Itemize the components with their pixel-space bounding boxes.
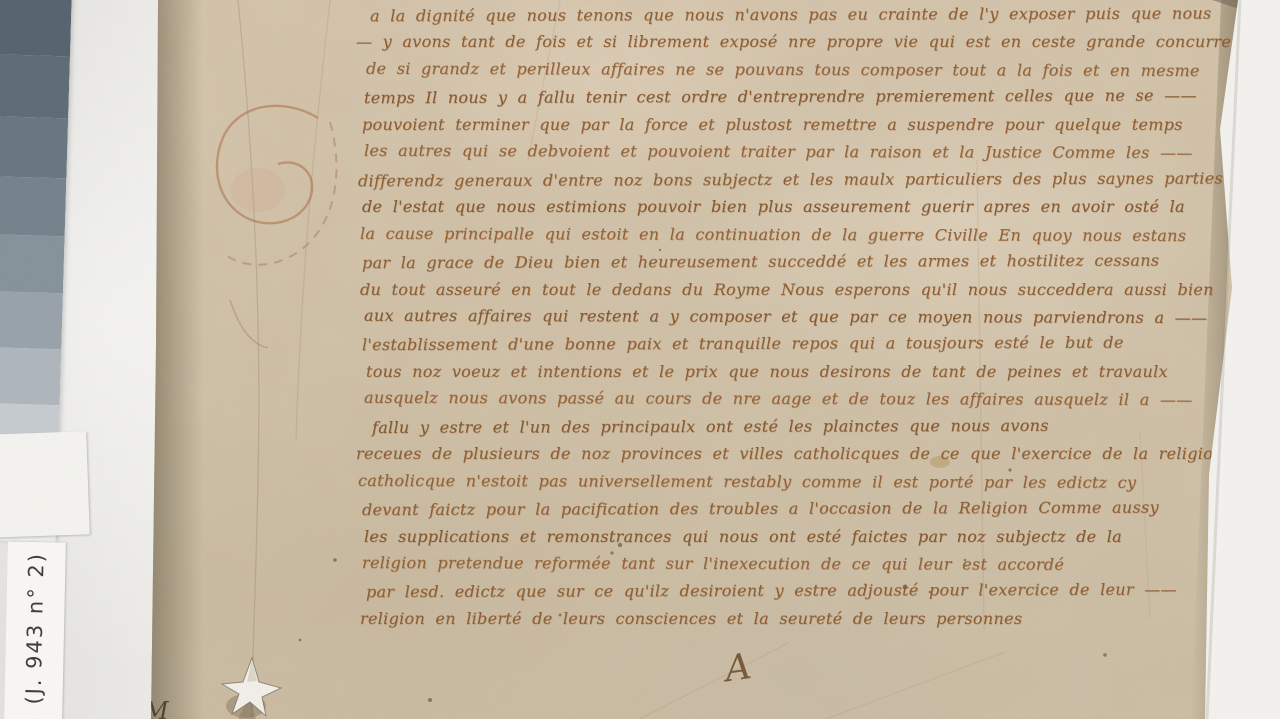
archival-label-text: (J. 943 n° 2) xyxy=(21,551,48,710)
manuscript-line: l'establissement d'une bonne paix et tra… xyxy=(362,332,1124,355)
manuscript-line: les autres qui se debvoient et pouvoient… xyxy=(364,140,1193,163)
parchment: A M a la dignité que nous tenons que nou… xyxy=(0,0,1280,719)
manuscript-line: receues de plusieurs de noz provinces et… xyxy=(356,443,1224,464)
manuscript-text: a la dignité que nous tenons que nous n'… xyxy=(356,4,1234,664)
label-card xyxy=(0,431,90,537)
scale-step xyxy=(0,176,66,236)
manuscript-line: la cause principalle qui estoit en la co… xyxy=(360,223,1186,246)
parchment-left-edge-shadow xyxy=(151,0,203,719)
manuscript-line: ausquelz nous avons passé au cours de nr… xyxy=(364,387,1193,410)
manuscript-line: aux autres affaires qui restent a y comp… xyxy=(364,305,1207,328)
manuscript-line: tous noz voeuz et intentions et le prix … xyxy=(366,361,1168,382)
manuscript-line: religion pretendue reformée tant sur l'i… xyxy=(362,552,1064,575)
manuscript-line: par la grace de Dieu bien et heureusemen… xyxy=(362,250,1159,274)
scale-step xyxy=(0,54,70,118)
manuscript-line: du tout asseuré en tout le dedans du Roy… xyxy=(360,279,1214,300)
scale-step xyxy=(0,347,61,405)
manuscript-line: religion en liberté de leurs consciences… xyxy=(360,608,1022,629)
manuscript-line: differendz generaux d'entre noz bons sub… xyxy=(358,167,1223,191)
manuscript-line: pouvoient terminer que par la force et p… xyxy=(362,114,1183,135)
document-photo: (J. 943 n° 2) xyxy=(0,0,1280,719)
scale-step xyxy=(0,116,68,178)
manuscript-line: temps Il nous y a fallu tenir cest ordre… xyxy=(364,85,1197,109)
manuscript-line: les supplications et remonstrances qui n… xyxy=(364,526,1122,547)
manuscript-line: de si grandz et perilleux affaires ne se… xyxy=(366,58,1200,81)
manuscript-line: devant faictz pour la pacification des t… xyxy=(362,497,1159,521)
manuscript-line: catholicque n'estoit pas universellement… xyxy=(358,470,1136,493)
scale-step xyxy=(0,0,72,56)
manuscript-line: a la dignité que nous tenons que nous n'… xyxy=(370,4,1212,26)
manuscript-line: — y avons tant de fois et si librement e… xyxy=(356,31,1234,52)
scale-step xyxy=(0,291,63,349)
archival-label: (J. 943 n° 2) xyxy=(4,541,66,719)
manuscript-line: fallu y estre et l'un des principaulx on… xyxy=(372,415,1049,438)
manuscript-line: par lesd. edictz que sur ce qu'ilz desir… xyxy=(366,579,1177,603)
manuscript-line: de l'estat que nous estimions pouvoir bi… xyxy=(362,196,1185,217)
scale-step xyxy=(0,234,65,293)
